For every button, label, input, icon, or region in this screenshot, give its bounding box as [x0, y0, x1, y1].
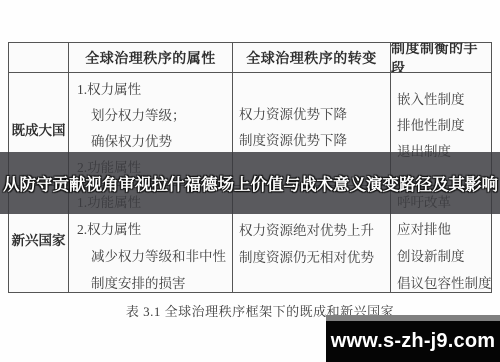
headline-overlay-banner: 从防守贡献视角审视拉什福德场上价值与战术意义演变路径及其影响	[0, 152, 500, 214]
table-header-corner	[9, 43, 69, 73]
headline-title: 从防守贡献视角审视拉什福德场上价值与战术意义演变路径及其影响	[0, 171, 498, 195]
article-image: 全球治理秩序的属性 全球治理秩序的转变 制度制衡的手段 既成大国 1.权力属性 …	[0, 0, 500, 362]
watermark-box: www.s-zh-j9.com	[326, 321, 500, 362]
table-line: 制度资源优势下降	[239, 128, 390, 154]
table-line: 制度资源仍无相对优势	[239, 244, 390, 271]
table-header-attributes: 全球治理秩序的属性	[69, 43, 233, 73]
table-line: 划分权力等级；	[77, 103, 232, 129]
table-line: 制度安排的损害	[77, 270, 232, 292]
table-line: 减少权力等级和非中性	[77, 243, 232, 270]
table-line: 1.权力属性	[77, 77, 232, 103]
site-watermark: www.s-zh-j9.com	[326, 315, 500, 362]
table-line: 排他性制度	[397, 113, 491, 139]
table-line: 应对排他	[397, 216, 491, 243]
watermark-url: www.s-zh-j9.com	[331, 330, 496, 353]
table-line: 创设新制度	[397, 243, 491, 270]
table-line: 权力资源优势下降	[239, 102, 390, 128]
table-line: 倡议包容性制度	[397, 270, 491, 292]
table-line: 权力资源绝对优势上升	[239, 217, 390, 244]
table-line: 2.权力属性	[77, 216, 232, 243]
table-line: 嵌入性制度	[397, 87, 491, 113]
table-header-transition: 全球治理秩序的转变	[233, 43, 391, 73]
table-header-means: 制度制衡的手段	[391, 43, 491, 73]
